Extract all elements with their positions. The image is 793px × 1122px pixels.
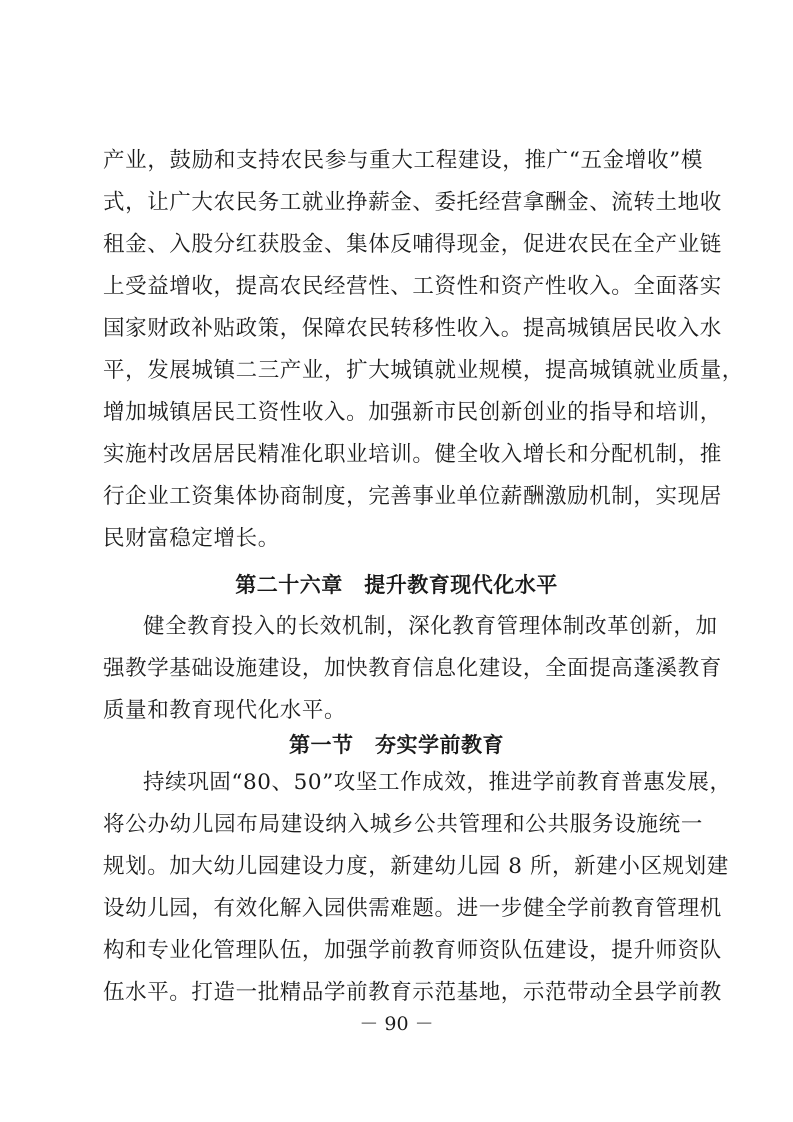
document-page: 产业，鼓励和支持农民参与重大工程建设，推广“五金增收”模 式，让广大农民务工就业… — [0, 0, 793, 1122]
paragraph-line: 强教学基础设施建设，加快教育信息化建设，全面提高蓬溪教育 — [103, 655, 703, 683]
paragraph-line: 租金、入股分红获股金、集体反哺得现金，促进农民在全产业链 — [103, 231, 703, 259]
section-heading: 第一节 夯实学前教育 — [0, 731, 793, 759]
paragraph-line: 行企业工资集体协商制度，完善事业单位薪酬激励机制，实现居 — [103, 483, 703, 511]
paragraph-line: 质量和教育现代化水平。 — [103, 697, 703, 725]
paragraph-line: 增加城镇居民工资性收入。加强新市民创新创业的指导和培训， — [103, 399, 703, 427]
paragraph-line: 平，发展城镇二三产业，扩大城镇就业规模，提高城镇就业质量， — [103, 357, 703, 385]
paragraph-line: 设幼儿园，有效化解入园供需难题。进一步健全学前教育管理机 — [103, 895, 703, 923]
paragraph-line: 式，让广大农民务工就业挣薪金、委托经营拿酬金、流转土地收 — [103, 189, 703, 217]
paragraph-line: 民财富稳定增长。 — [103, 525, 703, 553]
paragraph-line: 国家财政补贴政策，保障农民转移性收入。提高城镇居民收入水 — [103, 315, 703, 343]
paragraph-line: 产业，鼓励和支持农民参与重大工程建设，推广“五金增收”模 — [103, 147, 703, 175]
paragraph-line: 构和专业化管理队伍，加强学前教育师资队伍建设，提升师资队 — [103, 937, 703, 965]
paragraph-line: 伍水平。打造一批精品学前教育示范基地，示范带动全县学前教 — [103, 979, 703, 1007]
page-number: － 90 － — [0, 1012, 793, 1036]
paragraph-line: 规划。加大幼儿园建设力度，新建幼儿园 8 所，新建小区规划建 — [103, 853, 703, 881]
paragraph-line: 健全教育投入的长效机制，深化教育管理体制改革创新，加 — [143, 613, 703, 641]
paragraph-line: 持续巩固“80、50”攻坚工作成效，推进学前教育普惠发展， — [143, 769, 703, 797]
paragraph-line: 实施村改居居民精准化职业培训。健全收入增长和分配机制，推 — [103, 441, 703, 469]
paragraph-line: 上受益增收，提高农民经营性、工资性和资产性收入。全面落实 — [103, 273, 703, 301]
paragraph-line: 将公办幼儿园布局建设纳入城乡公共管理和公共服务设施统一 — [103, 811, 703, 839]
chapter-heading: 第二十六章 提升教育现代化水平 — [0, 571, 793, 599]
